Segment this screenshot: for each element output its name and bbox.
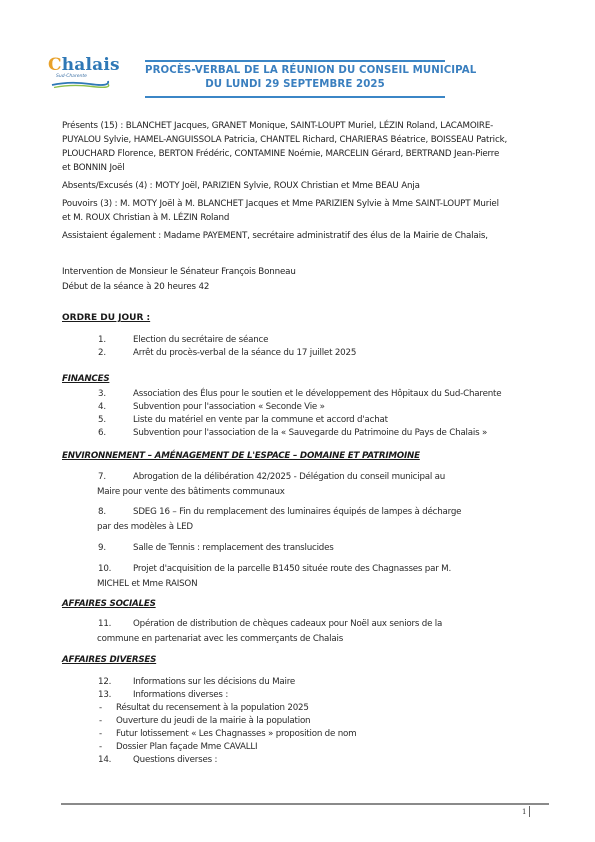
logo-first-letter: C — [48, 55, 62, 75]
document-title: PROCÈS-VERBAL DE LA RÉUNION DU CONSEIL M… — [145, 65, 445, 76]
document-title-block: PROCÈS-VERBAL DE LA RÉUNION DU CONSEIL M… — [145, 60, 445, 98]
presents-line-4: et BONNIN Joël — [62, 161, 125, 175]
document-page: Chalais Sud-Charente PROCÈS-VERBAL DE LA… — [0, 0, 595, 842]
presents-line-1: Présents (15) : BLANCHET Jacques, GRANET… — [62, 119, 493, 133]
item-number: 9. — [98, 541, 133, 556]
item-text-line1: Projet d'acquisition de la parcelle B145… — [133, 564, 451, 574]
agenda-item-11: 11.Opération de distribution de chèques … — [98, 617, 518, 646]
presents-line-2: PUYALOU Sylvie, HAMEL-ANGUISSOLA Patrici… — [62, 133, 507, 147]
item-text: Subvention pour l'association « Seconde … — [133, 402, 325, 412]
item-number: 4. — [98, 401, 133, 413]
agenda-item-10: 10.Projet d'acquisition de la parcelle B… — [98, 562, 518, 591]
pouvoirs-line-1: Pouvoirs (3) : M. MOTY Joël à M. BLANCHE… — [62, 197, 499, 211]
agenda-item-6: 6.Subvention pour l'association de la « … — [98, 427, 487, 439]
agenda-item-8: 8.SDEG 16 – Fin du remplacement des lumi… — [98, 505, 518, 534]
page-number: 1 — [522, 808, 526, 816]
intervention-senateur: Intervention de Monsieur le Sénateur Fra… — [62, 265, 296, 279]
sub-item-recensement: -Résultat du recensement à la population… — [116, 702, 309, 714]
dash-bullet: - — [99, 715, 102, 727]
absents-excuses: Absents/Excusés (4) : MOTY Joël, PARIZIE… — [62, 179, 420, 193]
document-date: DU LUNDI 29 SEPTEMBRE 2025 — [145, 79, 445, 90]
chalais-logo: Chalais Sud-Charente — [44, 55, 114, 89]
section-environnement-heading: ENVIRONNEMENT – AMÉNAGEMENT DE L'ESPACE … — [62, 451, 420, 461]
item-number: 3. — [98, 388, 133, 400]
item-number: 5. — [98, 414, 133, 426]
logo-wordmark: Chalais — [48, 55, 120, 75]
dash-bullet: - — [99, 741, 102, 753]
logo-rest: halais — [62, 55, 120, 75]
item-number: 12. — [98, 676, 133, 688]
item-text: Election du secrétaire de séance — [133, 335, 268, 345]
assistaient: Assistaient également : Madame PAYEMENT,… — [62, 229, 488, 243]
item-number: 7. — [98, 470, 133, 485]
item-text-line2: Maire pour vente des bâtiments communaux — [97, 485, 518, 500]
item-text-line1: Salle de Tennis : remplacement des trans… — [133, 543, 334, 553]
sub-item-ouverture-jeudi: -Ouverture du jeudi de la mairie à la po… — [116, 715, 310, 727]
agenda-item-14: 14.Questions diverses : — [98, 754, 217, 766]
logo-swoosh-icon — [50, 79, 110, 89]
ordre-du-jour-heading: ORDRE DU JOUR : — [62, 313, 150, 323]
item-text: Association des Élus pour le soutien et … — [133, 389, 501, 399]
item-text: Subvention pour l'association de la « Sa… — [133, 428, 487, 438]
item-number: 1. — [98, 334, 133, 346]
section-finances-heading: FINANCES — [62, 374, 109, 384]
item-text-line2: commune en partenariat avec les commerça… — [97, 632, 518, 647]
item-number: 13. — [98, 689, 133, 701]
agenda-item-9: 9.Salle de Tennis : remplacement des tra… — [98, 541, 518, 556]
item-number: 6. — [98, 427, 133, 439]
item-number: 11. — [98, 617, 133, 632]
title-rule-top — [145, 60, 445, 62]
section-affaires-sociales-heading: AFFAIRES SOCIALES — [62, 599, 156, 609]
agenda-item-7: 7.Abrogation de la délibération 42/2025 … — [98, 470, 518, 499]
agenda-item-2: 2.Arrêt du procès-verbal de la séance du… — [98, 347, 356, 359]
section-affaires-diverses-heading: AFFAIRES DIVERSES — [62, 655, 156, 665]
agenda-item-5: 5.Liste du matériel en vente par la comm… — [98, 414, 388, 426]
item-text-line1: SDEG 16 – Fin du remplacement des lumina… — [133, 507, 461, 517]
sub-item-text: Dossier Plan façade Mme CAVALLI — [116, 742, 257, 752]
footer-rule — [61, 803, 549, 805]
item-text-line2: par des modèles à LED — [97, 520, 518, 535]
page-number-divider — [529, 806, 530, 817]
item-text-line2: MICHEL et Mme RAISON — [97, 577, 518, 592]
presents-line-3: PLOUCHARD Florence, BERTON Frédéric, CON… — [62, 147, 499, 161]
sub-item-text: Résultat du recensement à la population … — [116, 703, 309, 713]
item-text-line1: Abrogation de la délibération 42/2025 - … — [133, 472, 445, 482]
sub-item-text: Futur lotissement « Les Chagnasses » pro… — [116, 729, 356, 739]
agenda-item-4: 4.Subvention pour l'association « Second… — [98, 401, 325, 413]
item-text-line1: Opération de distribution de chèques cad… — [133, 619, 442, 629]
item-number: 14. — [98, 754, 133, 766]
item-number: 2. — [98, 347, 133, 359]
dash-bullet: - — [99, 728, 102, 740]
item-text: Arrêt du procès-verbal de la séance du 1… — [133, 348, 356, 358]
dash-bullet: - — [99, 702, 102, 714]
sub-item-lotissement: -Futur lotissement « Les Chagnasses » pr… — [116, 728, 356, 740]
pouvoirs-line-2: et M. ROUX Christian à M. LÉZIN Roland — [62, 211, 229, 225]
agenda-item-1: 1.Election du secrétaire de séance — [98, 334, 268, 346]
sub-item-text: Ouverture du jeudi de la mairie à la pop… — [116, 716, 310, 726]
item-text: Informations sur les décisions du Maire — [133, 677, 295, 687]
title-rule-bottom — [145, 96, 445, 98]
sub-item-plan-facade: -Dossier Plan façade Mme CAVALLI — [116, 741, 257, 753]
agenda-item-13: 13.Informations diverses : — [98, 689, 228, 701]
debut-seance: Début de la séance à 20 heures 42 — [62, 280, 209, 294]
item-text: Liste du matériel en vente par la commun… — [133, 415, 388, 425]
item-number: 8. — [98, 505, 133, 520]
item-text: Questions diverses : — [133, 755, 217, 765]
agenda-item-12: 12.Informations sur les décisions du Mai… — [98, 676, 295, 688]
agenda-item-3: 3.Association des Élus pour le soutien e… — [98, 388, 501, 400]
item-number: 10. — [98, 562, 133, 577]
item-text: Informations diverses : — [133, 690, 228, 700]
